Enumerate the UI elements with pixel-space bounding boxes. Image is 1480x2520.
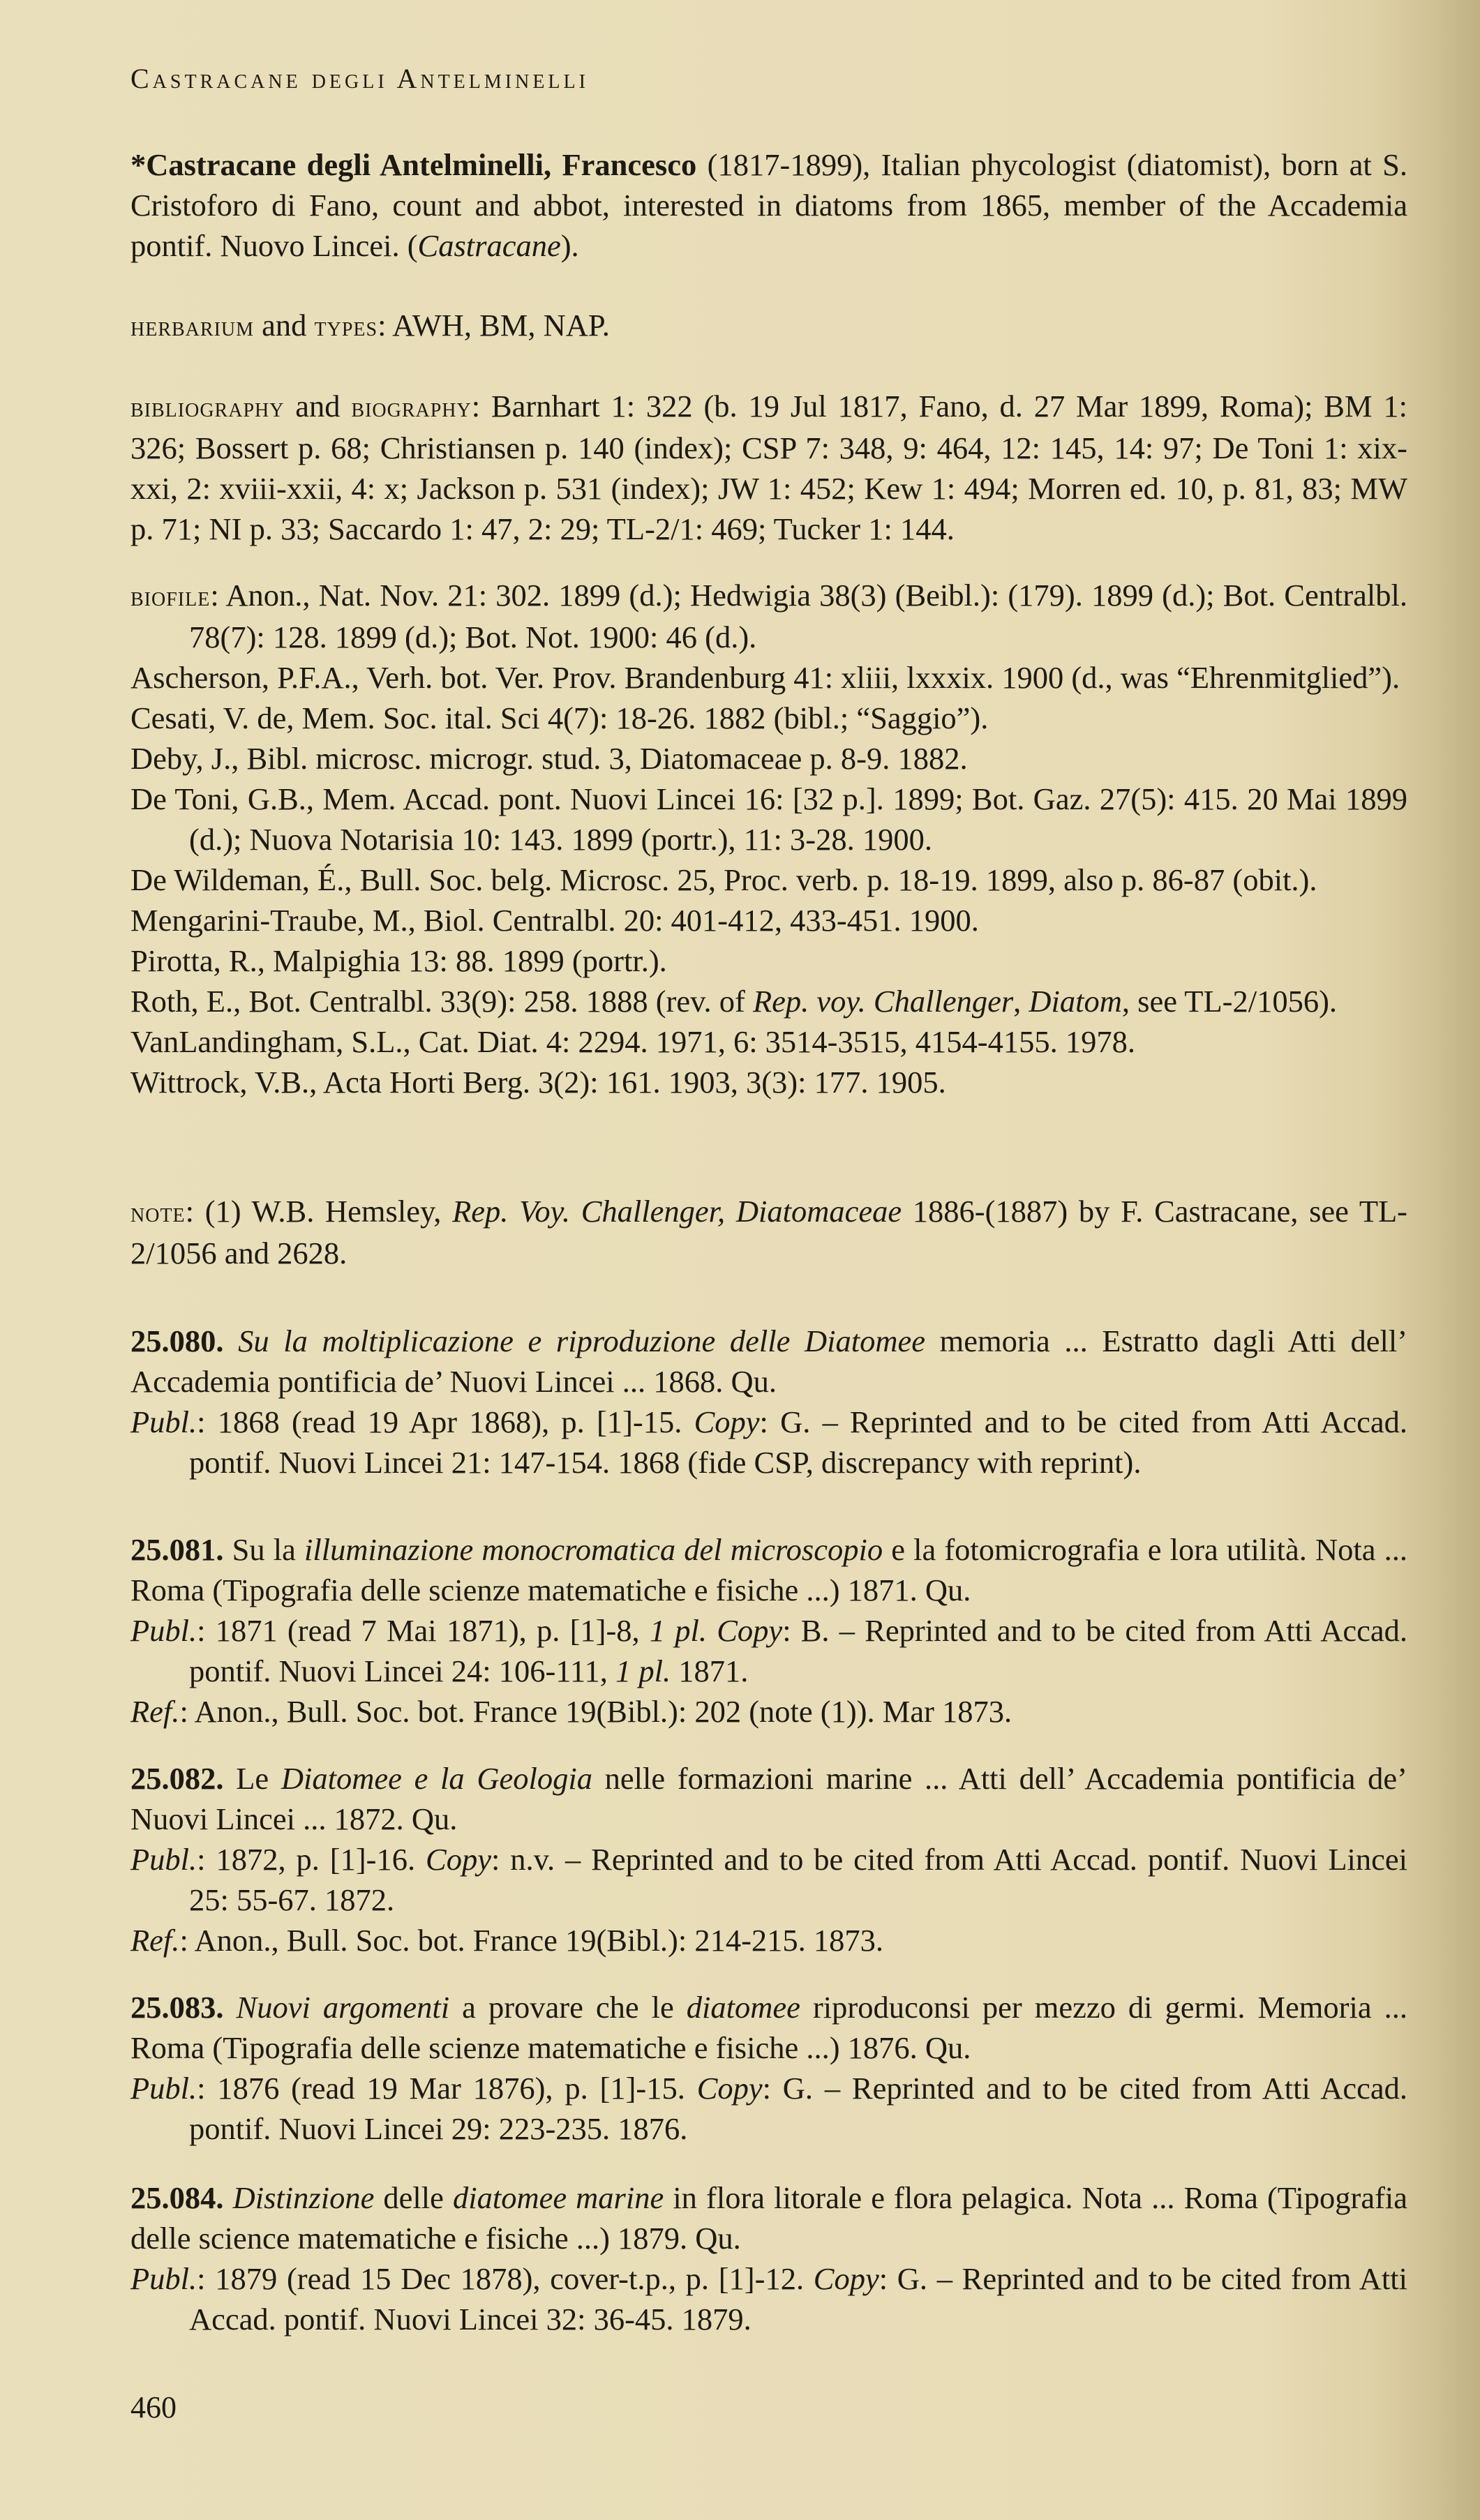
biofile-entry: Cesati, V. de, Mem. Soc. ital. Sci 4(7):…: [130, 698, 1407, 738]
note-section: note: (1) W.B. Hemsley, Rep. Voy. Challe…: [130, 1191, 1407, 1273]
work-title: Su la moltiplicazione e riproduzione del…: [238, 1323, 925, 1358]
work-entry-25-084: 25.084. Distinzione delle diatomee marin…: [130, 2177, 1407, 2339]
herbarium-text: : AWH, BM, NAP.: [378, 308, 610, 343]
biofile-entry: Mengarini-Traube, M., Biol. Centralbl. 2…: [130, 900, 1407, 940]
work-number: 25.084.: [130, 2180, 224, 2215]
biofile-entry: De Wildeman, É., Bull. Soc. belg. Micros…: [130, 860, 1407, 900]
biofile-entry: Ascherson, P.F.A., Verh. bot. Ver. Prov.…: [130, 657, 1407, 698]
work-title: Diatomee e la Geologia: [281, 1761, 592, 1796]
bibliography-label: bibliography: [130, 391, 284, 423]
biofile-entry: VanLandingham, S.L., Cat. Diat. 4: 2294.…: [130, 1021, 1407, 1062]
work-entry-25-081: 25.081. Su la illuminazione monocromatic…: [130, 1529, 1407, 1732]
work-number: 25.082.: [130, 1761, 224, 1796]
biofile-entry: Pirotta, R., Malpighia 13: 88. 1899 (por…: [130, 940, 1407, 981]
work-entry-25-080: 25.080. Su la moltiplicazione e riproduz…: [130, 1321, 1407, 1483]
book-page: Castracane degli Antelminelli *Castracan…: [0, 0, 1480, 2520]
work-number: 25.081.: [130, 1532, 224, 1567]
biofile-entry: Roth, E., Bot. Centralbl. 33(9): 258. 18…: [130, 981, 1407, 1021]
biofile-entry: Deby, J., Bibl. microsc. microgr. stud. …: [130, 738, 1407, 779]
herbarium-label: herbarium: [130, 310, 254, 342]
asterisk-marker: *: [130, 147, 146, 182]
work-entry-25-083: 25.083. Nuovi argomenti a provare che le…: [130, 1987, 1407, 2149]
types-label: types: [315, 310, 378, 342]
biofile-entry: Wittrock, V.B., Acta Horti Berg. 3(2): 1…: [130, 1062, 1407, 1102]
eponym: Castracane: [418, 228, 561, 263]
work-title: illuminazione monocromatica del microsco…: [304, 1532, 883, 1567]
work-number: 25.080.: [130, 1323, 224, 1358]
work-title: Nuovi argomenti: [237, 1990, 450, 2025]
biography-label: biography: [351, 391, 471, 423]
biofile-section: biofile: Anon., Nat. Nov. 21: 302. 1899 …: [130, 575, 1407, 1102]
biofile-entry: De Toni, G.B., Mem. Accad. pont. Nuovi L…: [130, 779, 1407, 860]
work-title: Distinzione: [233, 2180, 375, 2215]
page-number: 460: [130, 2390, 177, 2425]
herbarium-section: herbarium and types: AWH, BM, NAP.: [130, 305, 1407, 347]
running-head: Castracane degli Antelminelli: [130, 61, 589, 96]
note-label: note: [130, 1197, 186, 1228]
work-number: 25.083.: [130, 1990, 224, 2025]
biography-intro: *Castracane degli Antelminelli, Francesc…: [130, 144, 1407, 266]
biofile-entry: Anon., Nat. Nov. 21: 302. 1899 (d.); Hed…: [189, 578, 1407, 654]
biofile-label: biofile: [130, 580, 210, 612]
bibliography-section: bibliography and biography: Barnhart 1: …: [130, 386, 1407, 549]
person-name: Castracane degli Antelminelli, Francesco: [146, 147, 696, 182]
work-entry-25-082: 25.082. Le Diatomee e la Geologia nelle …: [130, 1758, 1407, 1960]
